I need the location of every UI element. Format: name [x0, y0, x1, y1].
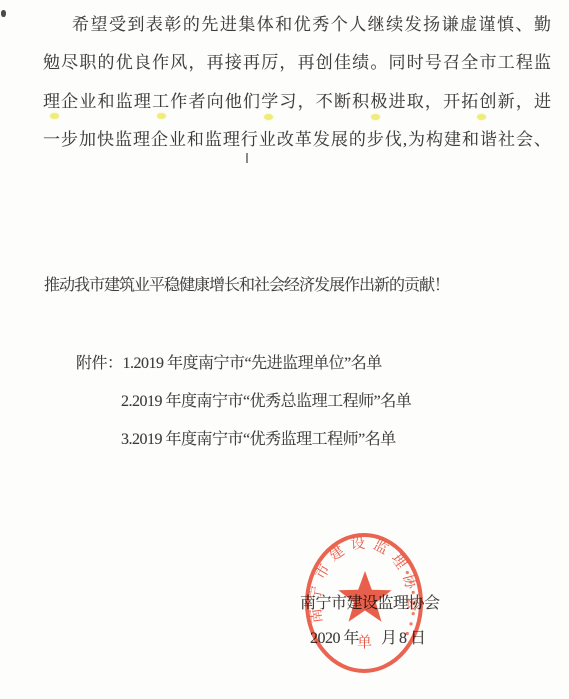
stray-tick-mark: [246, 153, 248, 163]
attachment-line-2: 2.2019 年度南宁市“优秀总监理工程师”名单: [121, 391, 411, 412]
attachment-line-1: 附件：1.2019 年度南宁市“先进监理单位”名单: [76, 353, 382, 374]
paragraph1-line1: 希望受到表彰的先进集体和优秀个人继续发扬谦虚谨慎、勤: [72, 14, 551, 36]
seal-bottom-character: 单: [357, 634, 372, 651]
highlight-mark: [157, 113, 166, 119]
paragraph1-line4: 一步加快监理企业和监理行业改革发展的步伐,为构建和谐社会、: [43, 129, 551, 151]
highlight-mark: [50, 113, 59, 119]
official-seal: 南宁市建设监理协会 单: [290, 525, 440, 685]
paragraph2: 推动我市建筑业平稳健康增长和社会经济发展作出新的贡献！: [44, 275, 449, 296]
red-star-icon: [338, 571, 391, 622]
attachment-line-3: 3.2019 年度南宁市“优秀监理工程师”名单: [121, 429, 396, 450]
scanned-document-page: 希望受到表彰的先进集体和优秀个人继续发扬谦虚谨慎、勤 勉尽职的优良作风，再接再厉…: [0, 0, 569, 699]
scan-speck: [1, 10, 6, 17]
paragraph1-line2: 勉尽职的优良作风，再接再厉，再创佳绩。同时号召全市工程监: [43, 52, 551, 74]
highlight-mark: [264, 114, 273, 120]
highlight-mark: [477, 114, 486, 120]
paragraph1-line3: 理企业和监理工作者向他们学习，不断积极进取，开拓创新，进: [43, 91, 551, 113]
highlight-mark: [371, 114, 380, 120]
